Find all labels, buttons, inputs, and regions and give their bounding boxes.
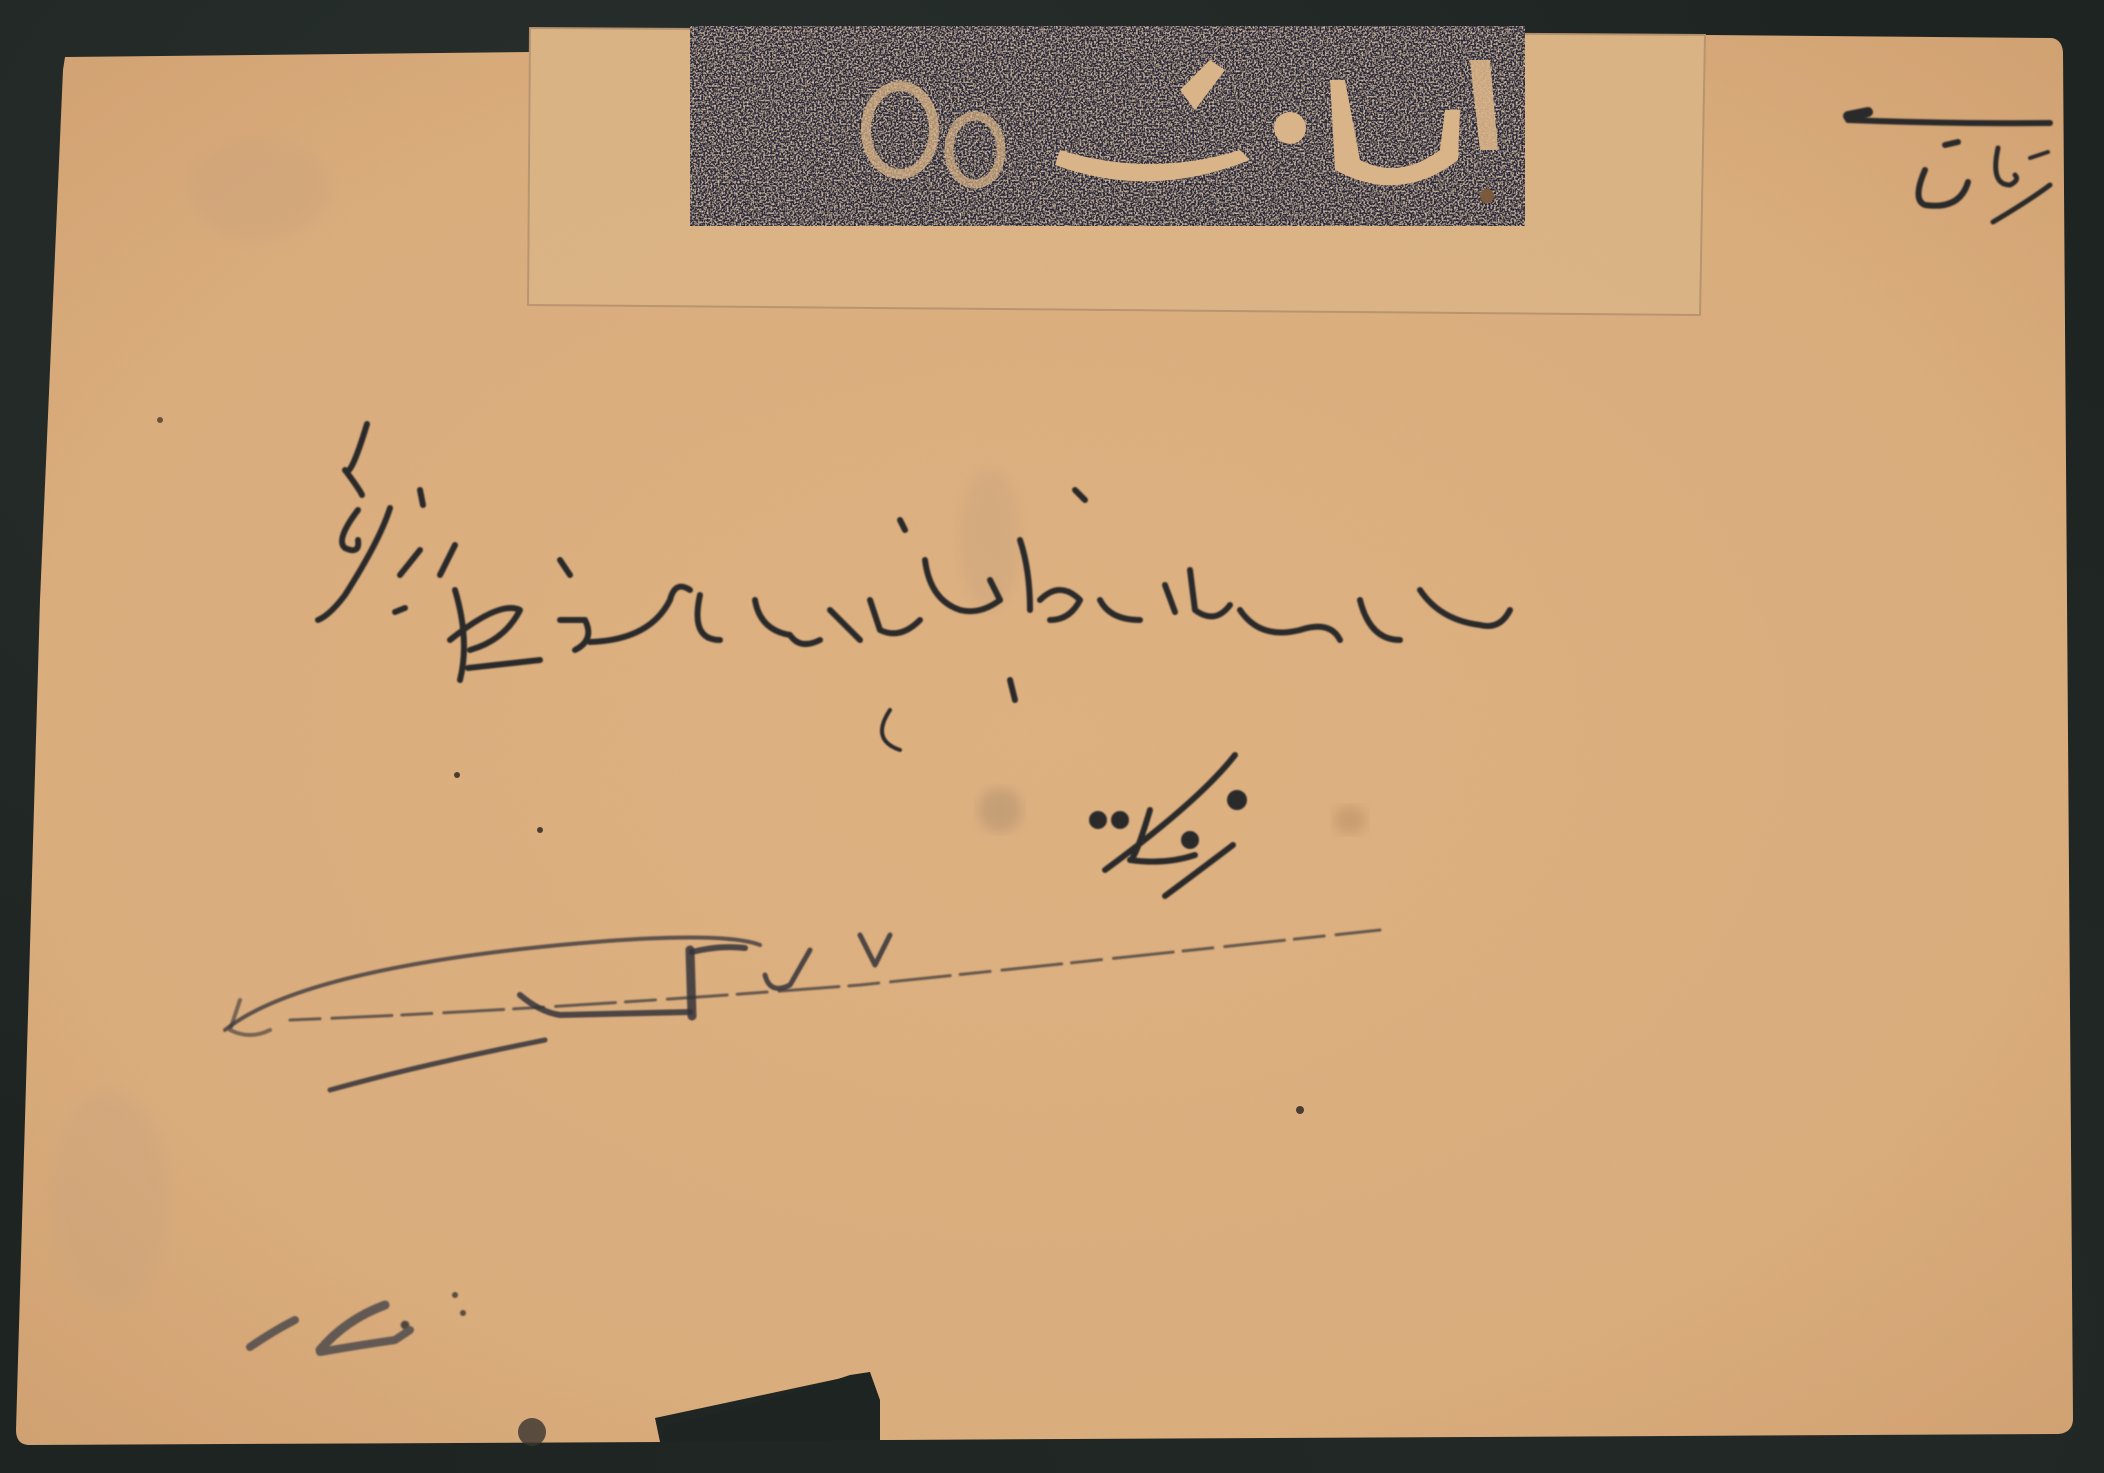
stamp: [528, 26, 1705, 315]
envelope-scene: [0, 0, 2104, 1473]
